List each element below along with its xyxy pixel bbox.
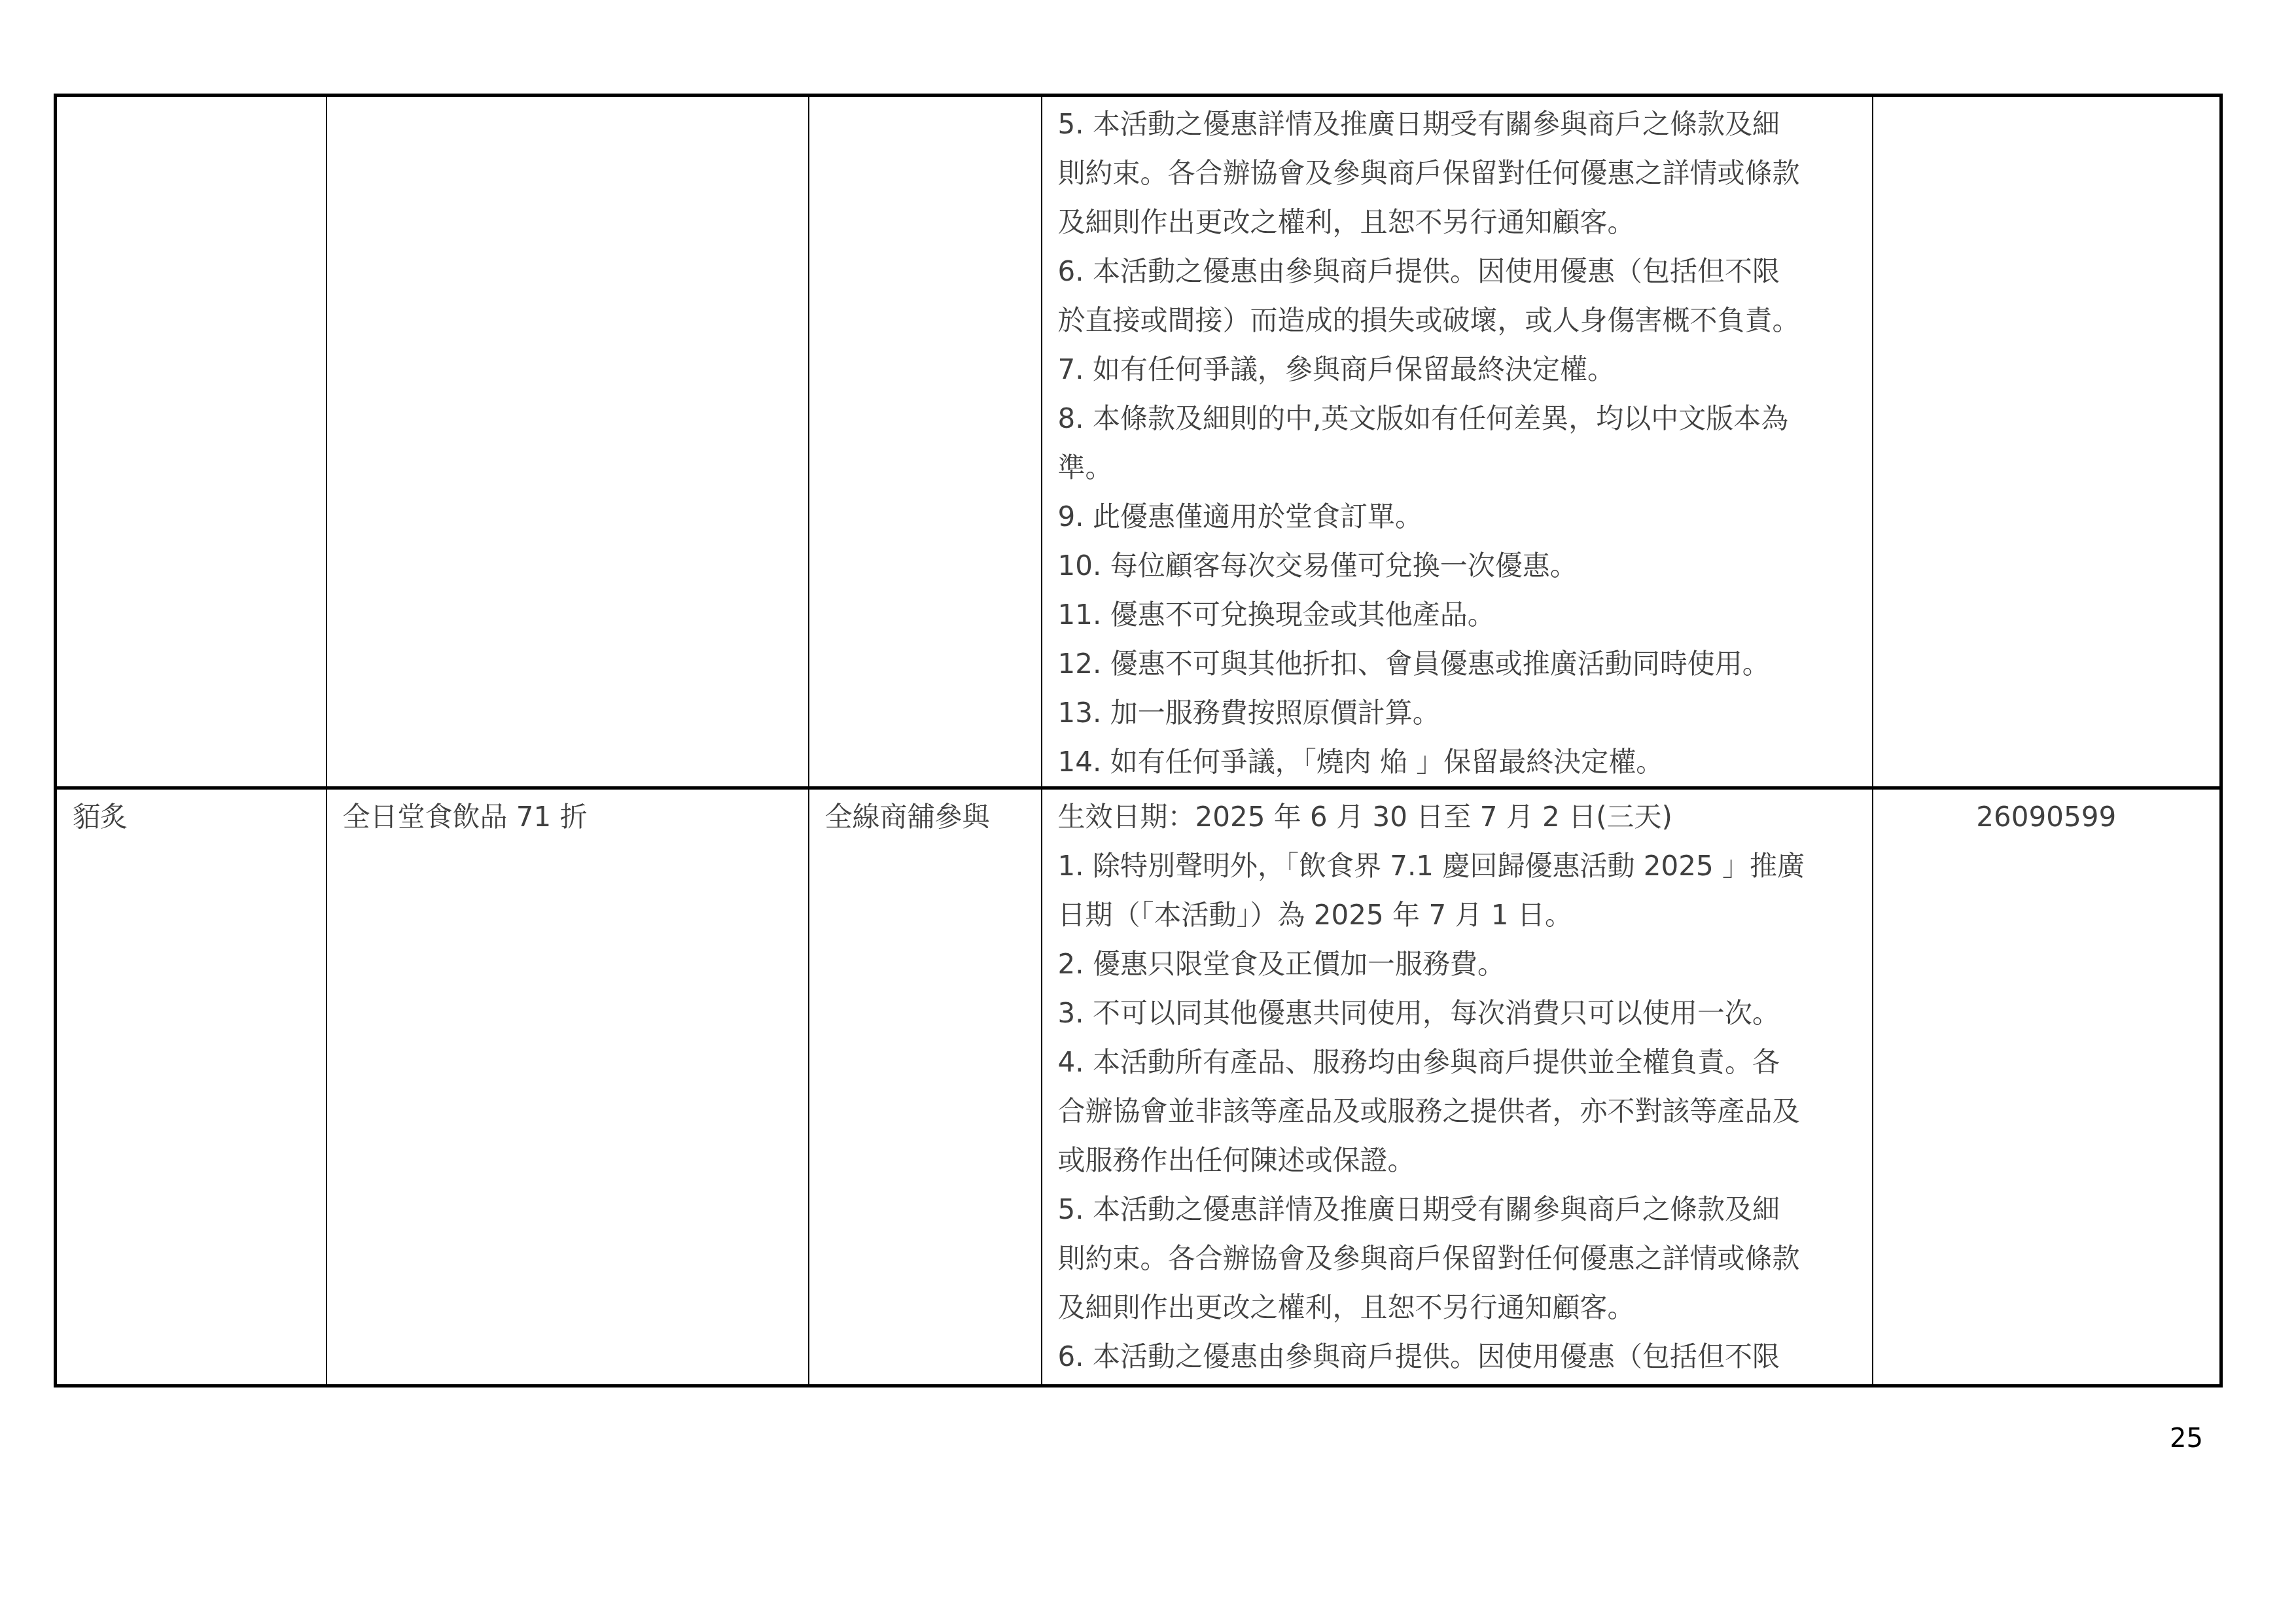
terms-line: 6. 本活動之優惠由參與商戶提供。因使用優惠（包括但不限 [1058, 247, 1863, 296]
terms-line: 及細則作出更改之權利，且恕不另行通知顧客。 [1058, 198, 1863, 247]
document-page: 5. 本活動之優惠詳情及推廣日期受有關參與商戶之條款及細 則約束。各合辦協會及參… [0, 0, 2296, 1623]
terms-line: 日期（「本活動」）為 2025 年 7 月 1 日。 [1058, 890, 1863, 939]
terms-line: 8. 本條款及細則的中,英文版如有任何差異，均以中文版本為 [1058, 394, 1863, 443]
terms-line: 則約束。各合辦協會及參與商戶保留對任何優惠之詳情或條款 [1058, 1234, 1863, 1283]
participating-shops-cell: 全線商舖參與 [809, 788, 1042, 1386]
terms-line: 12. 優惠不可與其他折扣、會員優惠或推廣活動同時使用。 [1058, 639, 1863, 688]
participating-shops-cell [809, 96, 1042, 788]
terms-line: 準。 [1058, 443, 1863, 492]
terms-line: 11. 優惠不可兌換現金或其他產品。 [1058, 590, 1863, 639]
terms-line: 7. 如有任何爭議，參與商戶保留最終決定權。 [1058, 345, 1863, 394]
terms-cell: 5. 本活動之優惠詳情及推廣日期受有關參與商戶之條款及細 則約束。各合辦協會及參… [1042, 96, 1873, 788]
terms-line: 2. 優惠只限堂食及正價加一服務費。 [1058, 939, 1863, 988]
page-number: 25 [2170, 1423, 2203, 1454]
terms-line: 10. 每位顧客每次交易僅可兌換一次優惠。 [1058, 541, 1863, 590]
terms-line: 3. 不可以同其他優惠共同使用，每次消費只可以使用一次。 [1058, 988, 1863, 1038]
terms-line: 則約束。各合辦協會及參與商戶保留對任何優惠之詳情或條款 [1058, 148, 1863, 198]
terms-line: 於直接或間接）而造成的損失或破壞，或人身傷害概不負責。 [1058, 296, 1863, 345]
phone-cell: 26090599 [1873, 788, 2221, 1386]
terms-line: 9. 此優惠僅適用於堂食訂單。 [1058, 492, 1863, 541]
terms-line: 13. 加一服務費按照原價計算。 [1058, 688, 1863, 737]
terms-line: 或服務作出任何陳述或保證。 [1058, 1136, 1863, 1185]
terms-line: 1. 除特別聲明外，「飲食界 7.1 慶回歸優惠活動 2025 」推廣 [1058, 841, 1863, 890]
terms-line: 合辦協會並非該等產品及或服務之提供者，亦不對該等產品及 [1058, 1087, 1863, 1136]
terms-line: 生效日期：2025 年 6 月 30 日至 7 月 2 日(三天) [1058, 792, 1863, 841]
offer-cell [327, 96, 809, 788]
merchant-cell [56, 96, 327, 788]
terms-cell: 生效日期：2025 年 6 月 30 日至 7 月 2 日(三天) 1. 除特別… [1042, 788, 1873, 1386]
offers-table: 5. 本活動之優惠詳情及推廣日期受有關參與商戶之條款及細 則約束。各合辦協會及參… [54, 94, 2223, 1387]
terms-line: 及細則作出更改之權利，且恕不另行通知顧客。 [1058, 1283, 1863, 1332]
table-row: 5. 本活動之優惠詳情及推廣日期受有關參與商戶之條款及細 則約束。各合辦協會及參… [56, 96, 2221, 788]
terms-line: 6. 本活動之優惠由參與商戶提供。因使用優惠（包括但不限 [1058, 1332, 1863, 1381]
phone-cell [1873, 96, 2221, 788]
terms-line: 4. 本活動所有產品、服務均由參與商戶提供並全權負責。各 [1058, 1038, 1863, 1087]
terms-line: 14. 如有任何爭議，「燒肉 焔 」保留最終決定權。 [1058, 737, 1863, 786]
terms-line: 5. 本活動之優惠詳情及推廣日期受有關參與商戶之條款及細 [1058, 99, 1863, 148]
terms-line: 5. 本活動之優惠詳情及推廣日期受有關參與商戶之條款及細 [1058, 1185, 1863, 1234]
merchant-cell: 貊炙 [56, 788, 327, 1386]
offer-cell: 全日堂食飲品 71 折 [327, 788, 809, 1386]
table-row: 貊炙 全日堂食飲品 71 折 全線商舖參與 生效日期：2025 年 6 月 30… [56, 788, 2221, 1386]
